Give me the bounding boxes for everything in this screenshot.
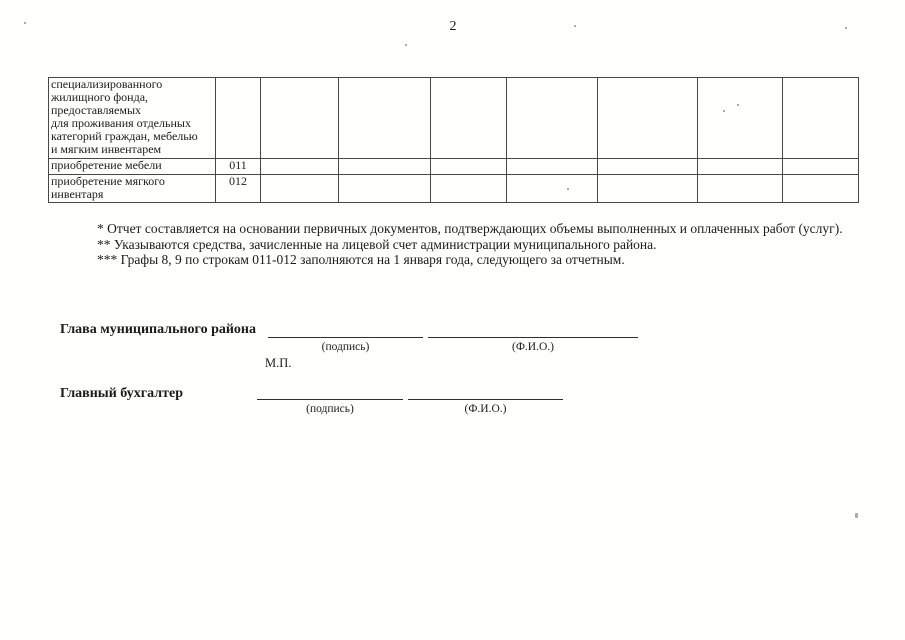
value-cell <box>261 175 339 203</box>
value-cell <box>783 175 859 203</box>
row-label-cell: специализированного жилищного фонда, пре… <box>49 78 216 159</box>
value-cell <box>339 78 431 159</box>
signature-title-accountant: Главный бухгалтер <box>60 386 183 402</box>
row-code-cell: 012 <box>216 175 261 203</box>
scan-speck <box>723 110 725 112</box>
signature-line-accountant-name <box>408 385 563 400</box>
value-cell <box>507 175 598 203</box>
value-cell <box>431 175 507 203</box>
scan-speck <box>574 25 576 27</box>
signature-caption-head-sign: (подпись) <box>268 341 423 353</box>
scan-speck <box>24 22 26 24</box>
row-label-cell: приобретение мебели <box>49 159 216 175</box>
signature-title-head: Глава муниципального района <box>60 322 256 338</box>
report-table: специализированного жилищного фонда, пре… <box>48 77 859 203</box>
table-row-012: приобретение мягкого инвентаря 012 <box>49 175 859 203</box>
table-row-011: приобретение мебели 011 <box>49 159 859 175</box>
footnotes-block: * Отчет составляется на основании первич… <box>97 221 857 268</box>
value-cell <box>507 159 598 175</box>
signature-caption-accountant-name: (Ф.И.О.) <box>408 403 563 415</box>
value-cell <box>598 159 698 175</box>
row-code-cell: 011 <box>216 159 261 175</box>
value-cell <box>598 78 698 159</box>
value-cell <box>261 159 339 175</box>
scan-speck <box>855 513 858 518</box>
footnote: ** Указываются средства, зачисленные на … <box>97 237 857 253</box>
value-cell <box>698 159 783 175</box>
signature-caption-head-name: (Ф.И.О.) <box>428 341 638 353</box>
signature-caption-accountant-sign: (подпись) <box>257 403 403 415</box>
row-code-cell <box>216 78 261 159</box>
value-cell <box>698 78 783 159</box>
scan-speck <box>737 104 739 106</box>
scan-speck <box>567 188 569 190</box>
value-cell <box>261 78 339 159</box>
signature-line-head-sign <box>268 323 423 338</box>
row-label-cell: приобретение мягкого инвентаря <box>49 175 216 203</box>
page-number: 2 <box>440 19 466 35</box>
signature-line-head-name <box>428 323 638 338</box>
signature-line-accountant-sign <box>257 385 403 400</box>
table-row-continuation: специализированного жилищного фонда, пре… <box>49 78 859 159</box>
document-page: 2 специализированного жилищного фонда, п… <box>0 0 905 640</box>
footnote: *** Графы 8, 9 по строкам 011-012 заполн… <box>97 252 857 268</box>
value-cell <box>339 159 431 175</box>
stamp-placeholder: М.П. <box>265 356 291 371</box>
footnote: * Отчет составляется на основании первич… <box>97 221 857 237</box>
value-cell <box>698 175 783 203</box>
value-cell <box>339 175 431 203</box>
scan-speck <box>845 27 847 29</box>
value-cell <box>431 159 507 175</box>
value-cell <box>431 78 507 159</box>
value-cell <box>783 78 859 159</box>
value-cell <box>783 159 859 175</box>
value-cell <box>598 175 698 203</box>
scan-speck <box>405 44 407 46</box>
value-cell <box>507 78 598 159</box>
